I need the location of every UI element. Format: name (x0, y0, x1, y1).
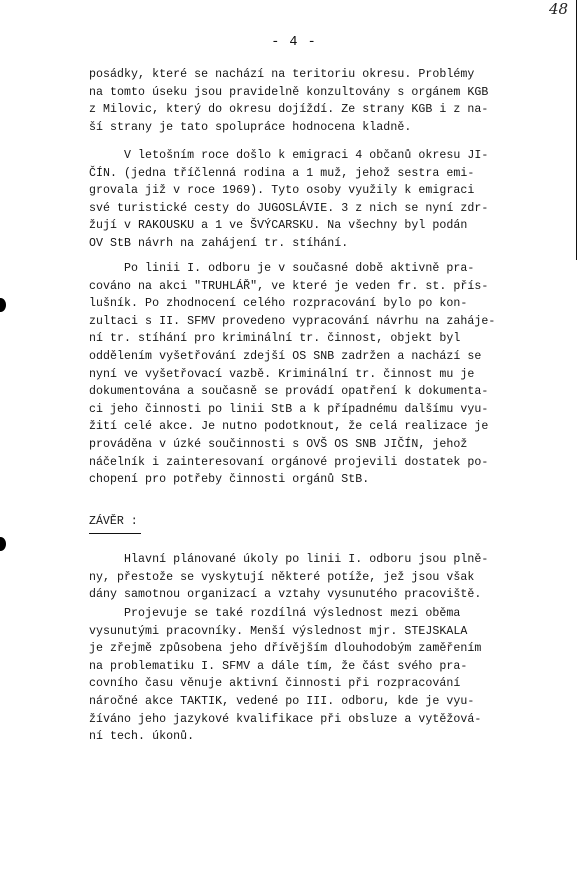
text-line: žití celé akce. Je nutno podotknout, že … (89, 418, 559, 436)
punch-hole-mark (0, 298, 6, 312)
text-line: ci jeho činnosti po linii StB a k případ… (89, 401, 559, 419)
paragraph-truhlar-case: Po linii I. odboru je v současné době ak… (89, 260, 559, 489)
text-line: náčelník i zainteresovaní orgánové proje… (89, 454, 559, 472)
text-line: lušník. Po zhodnocení celého rozpracován… (89, 295, 559, 313)
text-line: náročné akce TAKTIK, vedené po III. odbo… (89, 693, 559, 711)
paragraph-border-unit: posádky, které se nachází na teritoriu o… (89, 66, 559, 136)
handwritten-folio-number: 48 (549, 0, 568, 18)
text-line: je zřejmě způsobena jeho dřívějším dlouh… (89, 640, 559, 658)
page-number: - 4 - (0, 35, 588, 50)
text-line: na tomto úseku jsou pravidelně konzultov… (89, 84, 559, 102)
text-line: dokumentována a současně se provádí opat… (89, 383, 559, 401)
text-line: z Milovic, který do okresu dojíždí. Ze s… (89, 101, 559, 119)
text-line: V letošním roce došlo k emigraci 4 občan… (89, 147, 559, 165)
text-line: Hlavní plánované úkoly po linii I. odbor… (89, 551, 559, 569)
text-line: prováděna v úzké součinnosti s OVŠ OS SN… (89, 436, 559, 454)
text-line: ní tr. stíhání pro kriminální tr. činnos… (89, 330, 559, 348)
text-line: ní tech. úkonů. (89, 728, 559, 746)
text-line: ší strany je tato spolupráce hodnocena k… (89, 119, 559, 137)
heading-underline (89, 533, 141, 535)
text-line: nyní ve vyšetřovací vazbě. Kriminální tr… (89, 366, 559, 384)
text-line: své turistické cesty do JUGOSLÁVIE. 3 z … (89, 200, 559, 218)
text-line: ny, přestože se vyskytují některé potíže… (89, 569, 559, 587)
text-line: grovala již v roce 1969). Tyto osoby vyu… (89, 182, 559, 200)
text-line: Po linii I. odboru je v současné době ak… (89, 260, 559, 278)
text-line: cováno na akci "TRUHLÁŘ", ve které je ve… (89, 278, 559, 296)
conclusion-heading: ZÁVĚR : (89, 515, 138, 528)
text-line: na problematiku I. SFMV a dále tím, že č… (89, 658, 559, 676)
text-line: vysunutými pracovníky. Menší výslednost … (89, 623, 559, 641)
text-line: chopení pro potřeby činnosti orgánů StB. (89, 471, 559, 489)
document-page: 48 - 4 - posádky, které se nachází na te… (0, 0, 588, 879)
text-line: covního času věnuje aktivní činnosti při… (89, 675, 559, 693)
paragraph-emigration: V letošním roce došlo k emigraci 4 občan… (89, 147, 559, 253)
text-line: OV StB návrh na zahájení tr. stíhání. (89, 235, 559, 253)
text-line: žíváno jeho jazykové kvalifikace při obs… (89, 711, 559, 729)
text-line: zultaci s II. SFMV provedeno vypracování… (89, 313, 559, 331)
text-line: žují v RAKOUSKU a 1 ve ŠVÝCARSKU. Na vše… (89, 217, 559, 235)
punch-hole-mark (0, 537, 6, 551)
text-line: Projevuje se také rozdílná výslednost me… (89, 605, 559, 623)
paragraph-conclusion-tasks: Hlavní plánované úkoly po linii I. odbor… (89, 551, 559, 604)
text-line: dány samotnou organizací a vztahy vysunu… (89, 586, 559, 604)
text-line: posádky, které se nachází na teritoriu o… (89, 66, 559, 84)
text-line: ČÍN. (jedna tříčlenná rodina a 1 muž, je… (89, 165, 559, 183)
text-line: oddělením vyšetřování zdejší OS SNB zadr… (89, 348, 559, 366)
paragraph-conclusion-performance: Projevuje se také rozdílná výslednost me… (89, 605, 559, 746)
